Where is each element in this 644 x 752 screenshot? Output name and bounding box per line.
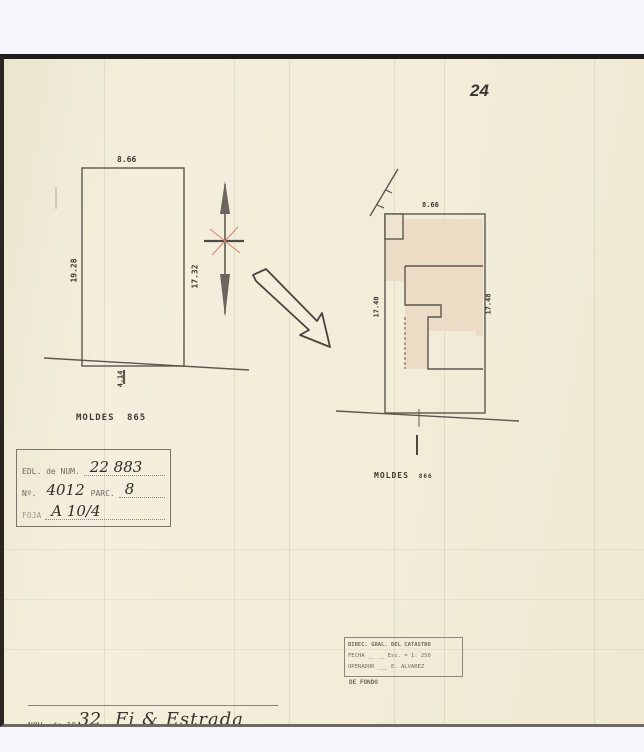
footer-rule bbox=[28, 705, 278, 706]
left-street-number: 865 bbox=[127, 413, 146, 423]
left-lot-distance-mark: 4.14 bbox=[116, 371, 124, 388]
footer-date-signature: NOV. de 19 32 Fi & Estrada bbox=[28, 709, 244, 727]
registration-stamp: EDL. de NUM. 22 883 Nº. 4012 PARC. 8 FOJ… bbox=[16, 449, 171, 527]
north-arrow-icon bbox=[204, 181, 244, 317]
stamp-parcel-value: 8 bbox=[119, 481, 165, 498]
hollow-arrow-icon bbox=[253, 269, 330, 347]
left-lot-left-side: 19.28 bbox=[70, 258, 79, 282]
signature: Fi & Estrada bbox=[115, 709, 244, 727]
right-lot-left-side: 17.40 bbox=[373, 296, 381, 317]
cadastre-stamp: DIREC. GRAL. DEL CATASTRO FECHA __ __ Es… bbox=[344, 637, 463, 677]
stamp-row-foja: FOJA A 10/4 bbox=[22, 498, 165, 520]
stamp-row-num: EDL. de NUM. 22 883 bbox=[22, 454, 165, 476]
date-year: 32 bbox=[78, 709, 101, 727]
stamp-row-parcel: Nº. 4012 PARC. 8 bbox=[22, 476, 165, 498]
date-label: NOV. de 19 bbox=[28, 721, 76, 727]
stamp-no-value: 4012 bbox=[40, 482, 84, 498]
right-lot-front-width: 8.66 bbox=[422, 201, 439, 209]
right-lot-right-side: 17.48 bbox=[485, 293, 493, 314]
left-street-name: MOLDES bbox=[76, 413, 115, 423]
cadastre-stamp-note: DE FONDO bbox=[349, 679, 378, 686]
right-street-caption: MOLDES 866 bbox=[374, 471, 433, 480]
stamp-num-value: 22 883 bbox=[84, 459, 165, 476]
survey-card: 24 bbox=[0, 54, 644, 727]
left-lot-right-side: 17.32 bbox=[191, 264, 200, 288]
right-street-number: 866 bbox=[419, 473, 433, 480]
survey-drawing bbox=[4, 59, 644, 727]
right-street-name: MOLDES bbox=[374, 471, 409, 480]
left-street-caption: MOLDES 865 bbox=[76, 413, 146, 423]
stamp-foja-value: A 10/4 bbox=[45, 503, 165, 520]
left-lot-front-width: 8.66 bbox=[117, 155, 136, 164]
